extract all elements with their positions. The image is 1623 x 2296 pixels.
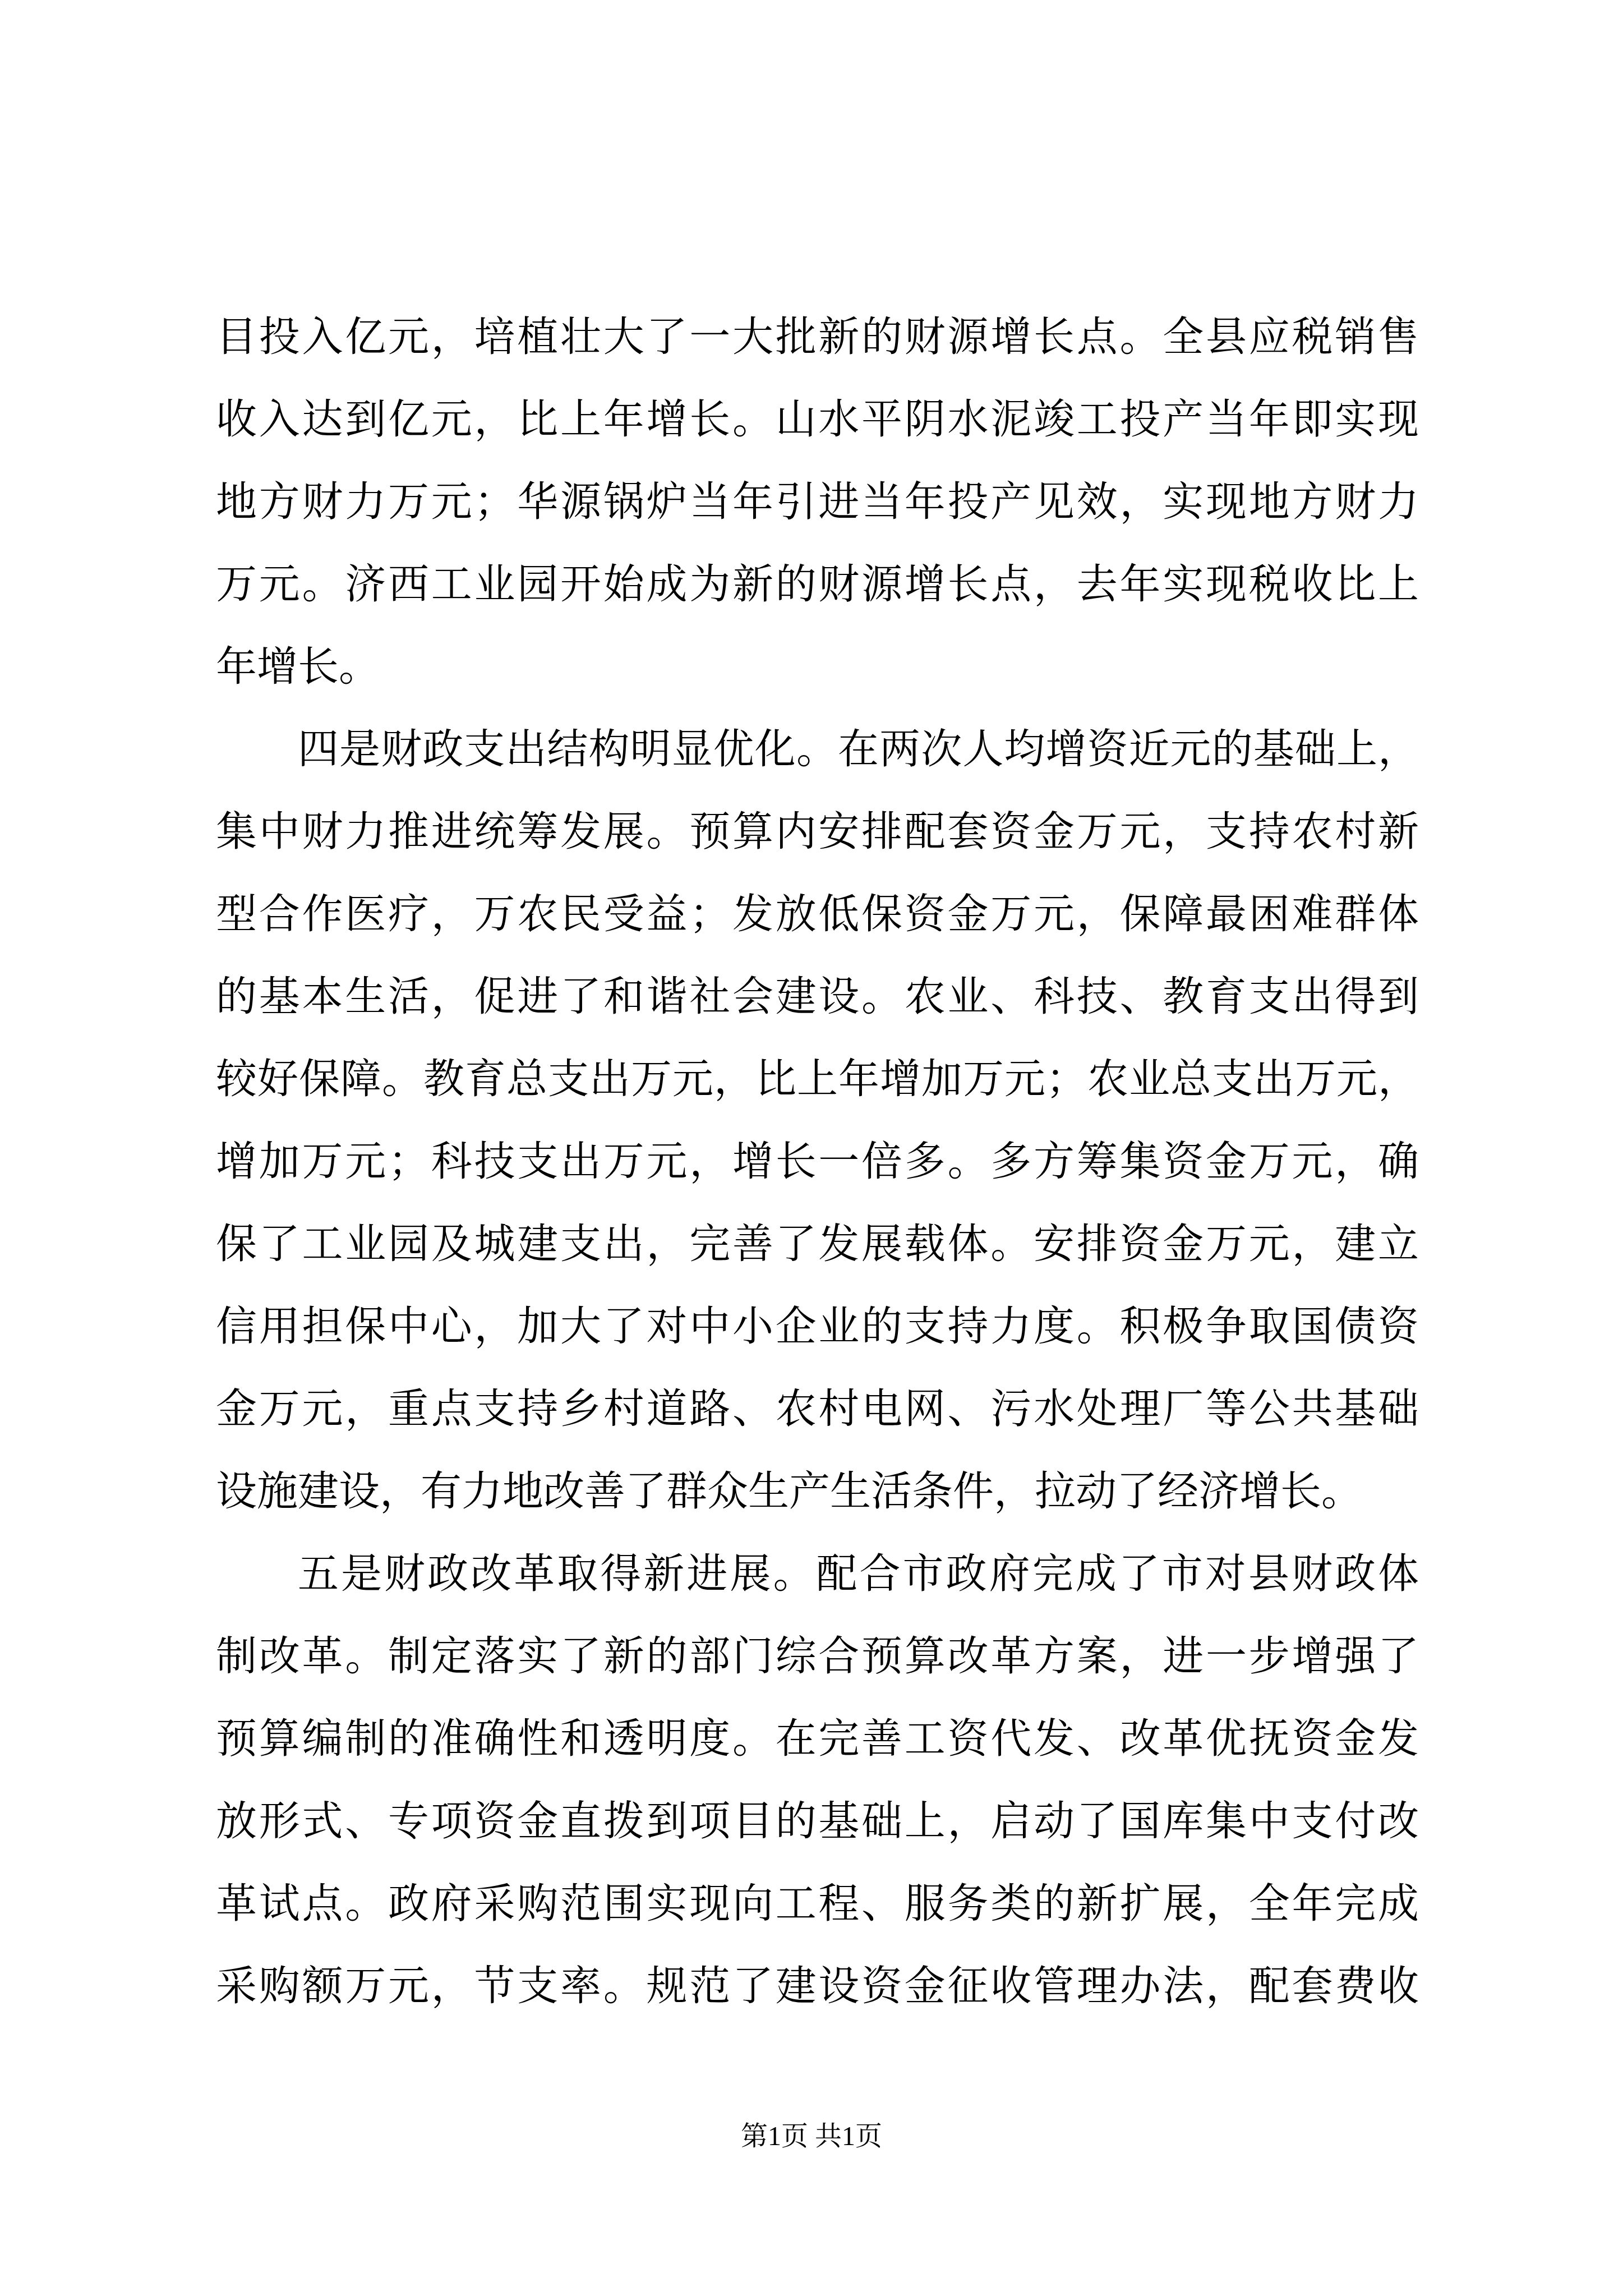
text-line: 型合作医疗，万农民受益；发放低保资金万元，保障最困难群体 xyxy=(216,873,1419,955)
text-line: 集中财力推进统筹发展。预算内安排配套资金万元，支持农村新 xyxy=(216,790,1419,873)
text-line: 制改革。制定落实了新的部门综合预算改革方案，进一步增强了 xyxy=(216,1615,1419,1697)
text-line: 预算编制的准确性和透明度。在完善工资代发、改革优抚资金发 xyxy=(216,1697,1419,1780)
paragraph: 四是财政支出结构明显优化。在两次人均增资近元的基础上，集中财力推进统筹发展。预算… xyxy=(216,708,1419,1533)
text-line: 设施建设，有力地改善了群众生产生活条件，拉动了经济增长。 xyxy=(216,1450,1419,1533)
text-line: 金万元，重点支持乡村道路、农村电网、污水处理厂等公共基础 xyxy=(216,1368,1419,1450)
paragraph: 五是财政改革取得新进展。配合市政府完成了市对县财政体制改革。制定落实了新的部门综… xyxy=(216,1533,1419,2027)
document-body: 目投入亿元，培植壮大了一大批新的财源增长点。全县应税销售收入达到亿元，比上年增长… xyxy=(216,296,1419,2027)
text-line: 革试点。政府采购范围实现向工程、服务类的新扩展，全年完成 xyxy=(216,1862,1419,1945)
text-line: 收入达到亿元，比上年增长。山水平阴水泥竣工投产当年即实现 xyxy=(216,378,1419,461)
text-line: 采购额万元，节支率。规范了建设资金征收管理办法，配套费收 xyxy=(216,1945,1419,2027)
text-line: 较好保障。教育总支出万元，比上年增加万元；农业总支出万元， xyxy=(216,1038,1419,1120)
text-line: 目投入亿元，培植壮大了一大批新的财源增长点。全县应税销售 xyxy=(216,296,1419,378)
page-footer: 第1页 共1页 xyxy=(0,2119,1623,2154)
text-line: 五是财政改革取得新进展。配合市政府完成了市对县财政体 xyxy=(216,1533,1419,1615)
text-line: 信用担保中心，加大了对中小企业的支持力度。积极争取国债资 xyxy=(216,1285,1419,1368)
text-line: 放形式、专项资金直拨到项目的基础上，启动了国库集中支付改 xyxy=(216,1780,1419,1862)
text-line: 保了工业园及城建支出，完善了发展载体。安排资金万元，建立 xyxy=(216,1203,1419,1285)
page-number-text: 第1页 共1页 xyxy=(741,2122,882,2151)
paragraph: 目投入亿元，培植壮大了一大批新的财源增长点。全县应税销售收入达到亿元，比上年增长… xyxy=(216,296,1419,708)
text-line: 地方财力万元；华源锅炉当年引进当年投产见效，实现地方财力 xyxy=(216,461,1419,543)
text-line: 四是财政支出结构明显优化。在两次人均增资近元的基础上， xyxy=(216,708,1419,790)
document-page: 目投入亿元，培植壮大了一大批新的财源增长点。全县应税销售收入达到亿元，比上年增长… xyxy=(0,0,1623,2296)
text-line: 年增长。 xyxy=(216,625,1419,708)
text-line: 的基本生活，促进了和谐社会建设。农业、科技、教育支出得到 xyxy=(216,955,1419,1038)
text-line: 增加万元；科技支出万元，增长一倍多。多方筹集资金万元，确 xyxy=(216,1120,1419,1203)
text-line: 万元。济西工业园开始成为新的财源增长点，去年实现税收比上 xyxy=(216,543,1419,625)
